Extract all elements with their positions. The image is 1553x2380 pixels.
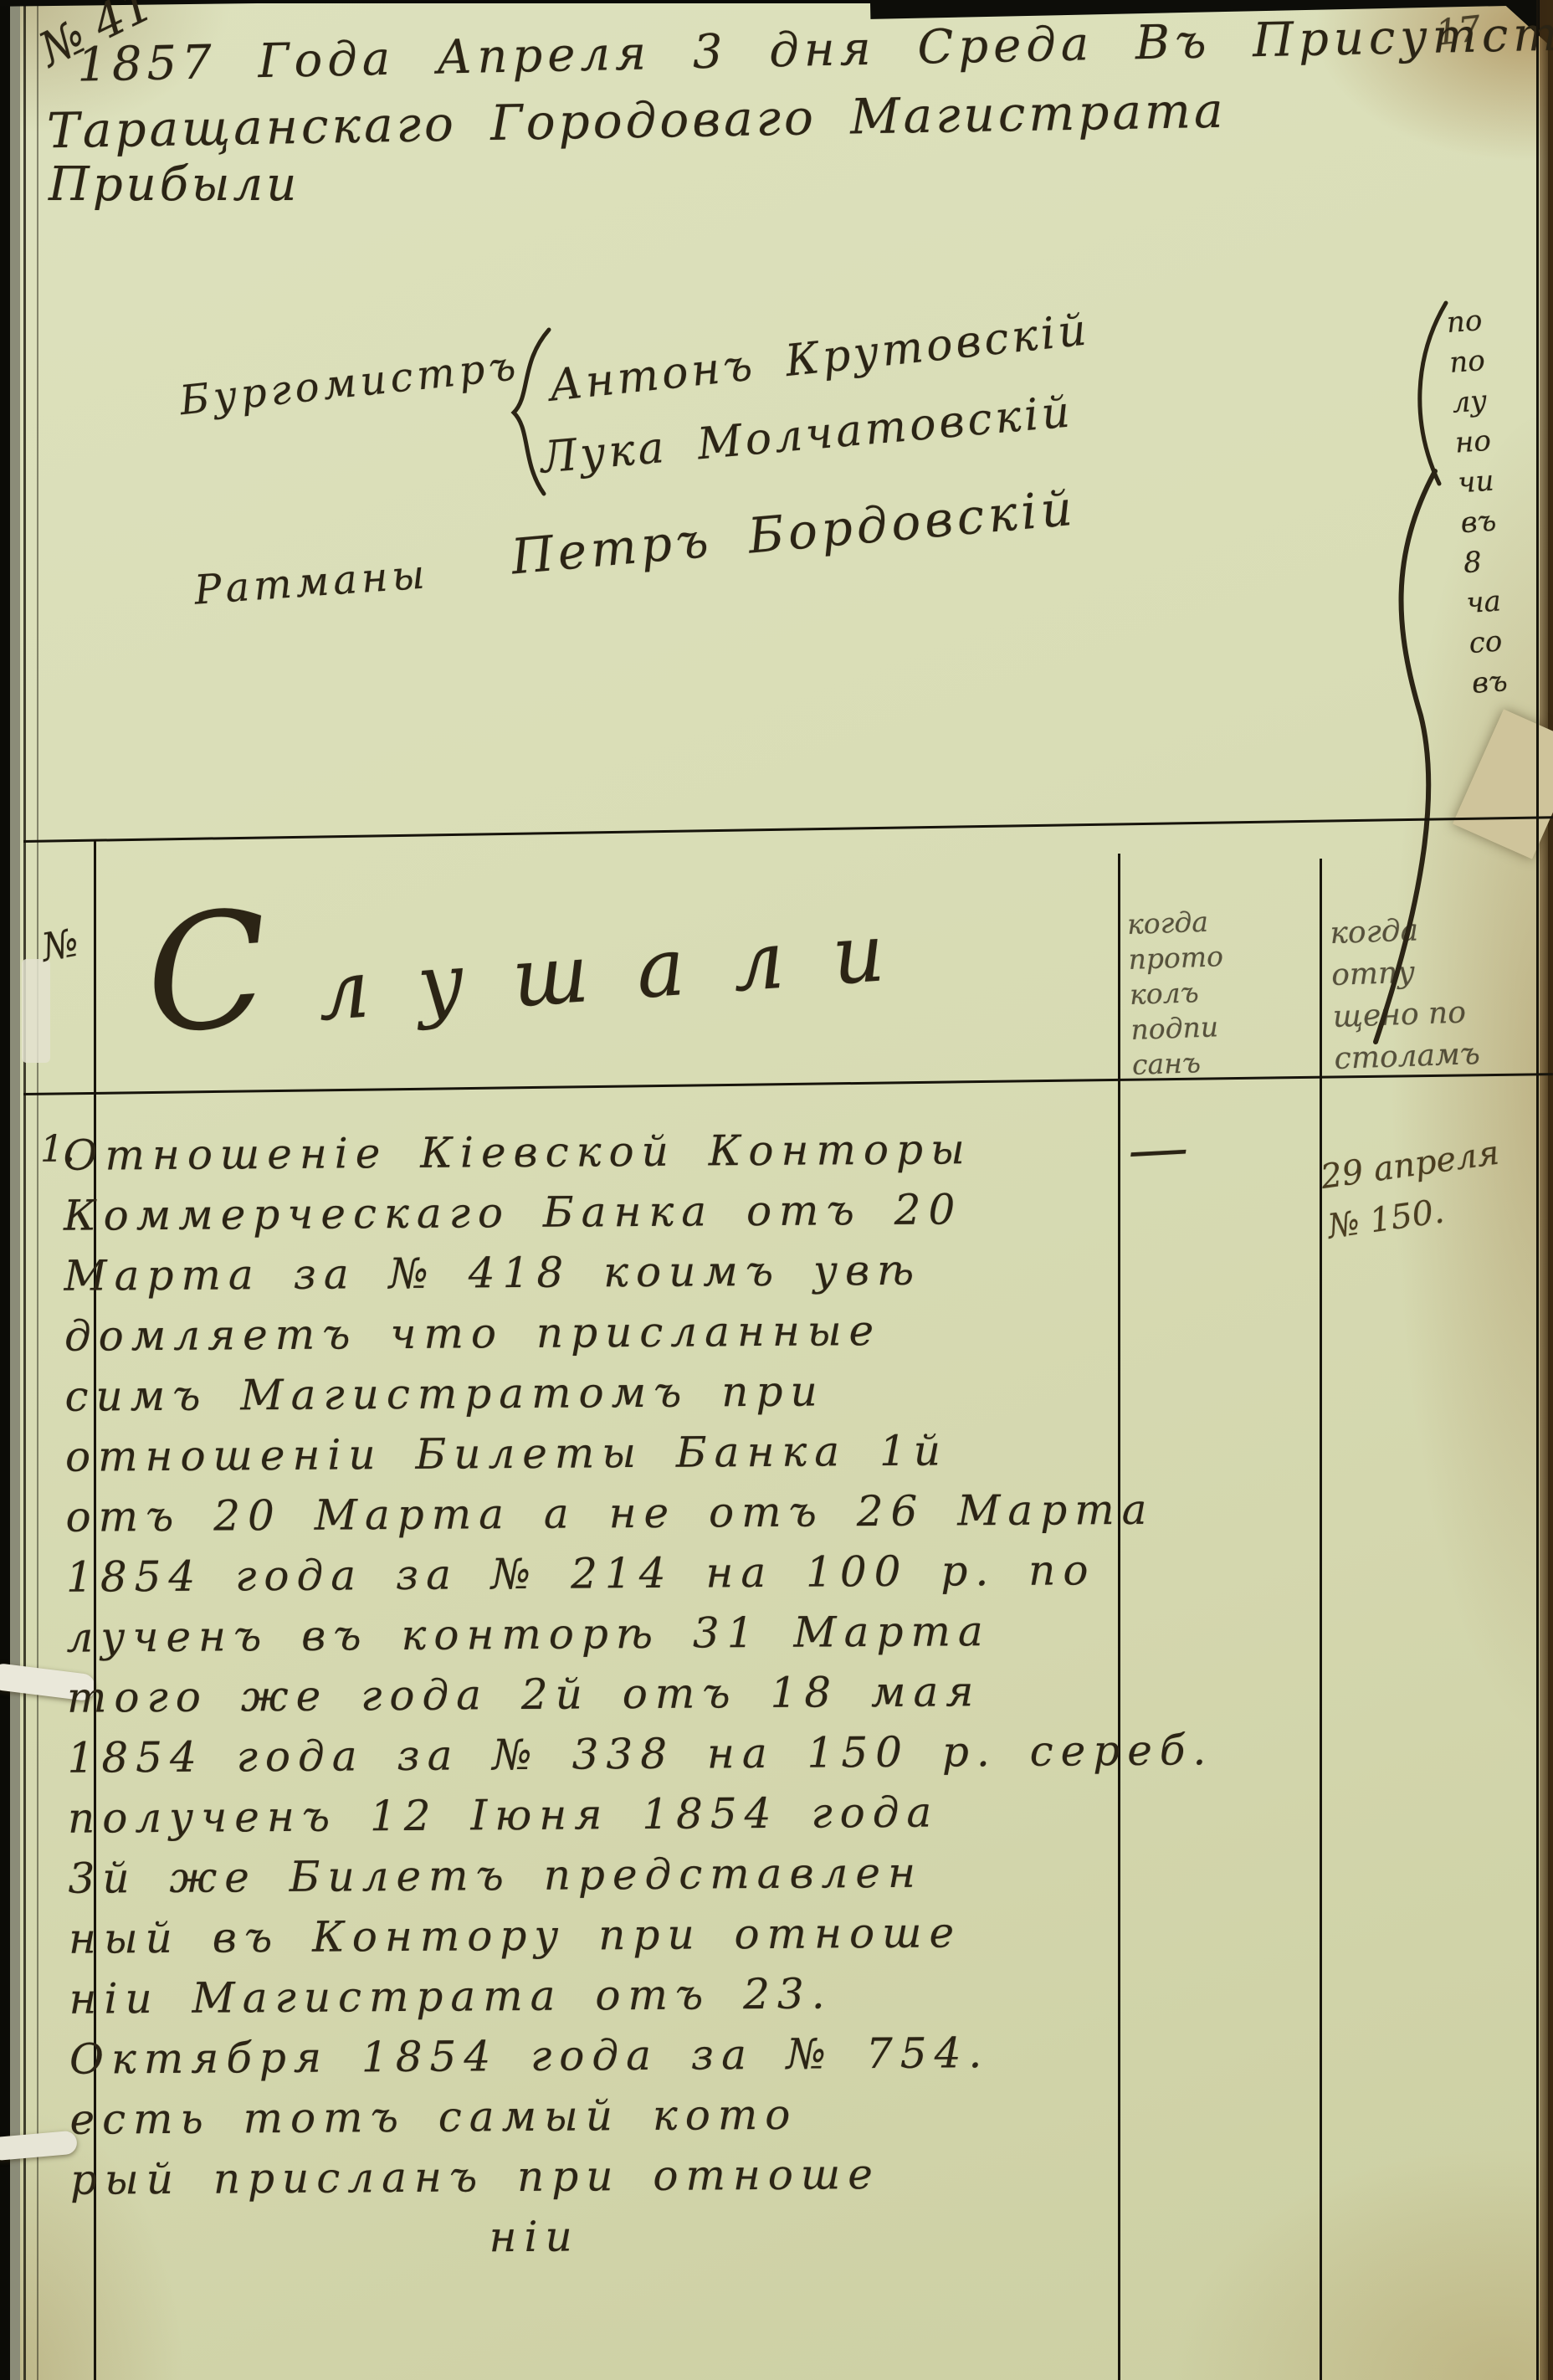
dispatched-column-header: когда отпу щено по столамъ xyxy=(1330,908,1481,1080)
case-line: есть тотъ самый кото xyxy=(69,2081,1216,2150)
case-line: отношеніи Билеты Банка 1й xyxy=(65,1418,1212,1487)
case-line: Октября 1854 года за № 754. xyxy=(69,2021,1216,2090)
header-line-pribyli: Прибыли xyxy=(49,157,300,212)
page-edge-highlight xyxy=(10,0,20,2380)
page-right-margin-line xyxy=(1536,0,1539,2380)
case-line: рый присланъ при отноше xyxy=(70,2141,1217,2210)
case-line: симъ Магистратомъ при xyxy=(64,1358,1211,1427)
case-line: 1854 года за № 214 на 100 р. по xyxy=(66,1539,1212,1608)
case-line: домляетъ что присланные xyxy=(64,1298,1211,1367)
case-line: Отношеніе Кіевской Конторы xyxy=(63,1117,1209,1186)
binding-edge-left xyxy=(0,0,10,2380)
case-line: 1854 года за № 338 на 150 р. сереб. xyxy=(67,1720,1213,1788)
case-line: полученъ 12 Іюня 1854 года xyxy=(68,1780,1214,1849)
case-line: Марта за № 418 коимъ увѣ xyxy=(64,1238,1210,1306)
page-edge-line-outer xyxy=(23,0,26,2380)
paper-tab xyxy=(22,959,50,1063)
column-divider-dispatched xyxy=(1320,859,1322,2380)
case-line: 3й же Билетъ представлен xyxy=(68,1840,1214,1909)
aged-right-edge-band xyxy=(1540,0,1553,2380)
case-line: лученъ въ конторѣ 31 Марта xyxy=(66,1599,1212,1668)
case-line: ный въ Контору при отноше xyxy=(69,1900,1215,1969)
photo-of-archival-page: № 41 17 1857 Года Апреля 3 дня Среда Въ … xyxy=(0,0,1553,2380)
case-line: отъ 20 Марта а не отъ 26 Марта xyxy=(65,1479,1212,1547)
num-column-header: № xyxy=(38,920,82,971)
case-line: ніи Магистрата отъ 23. xyxy=(69,1961,1215,2029)
page-edge-line-inner xyxy=(37,0,38,2380)
case-entry-text: Отношеніе Кіевской Конторы Коммерческаго… xyxy=(63,1117,1217,2270)
signed-column-header: когда прото колъ подпи санъ xyxy=(1126,904,1228,1083)
case-line: Коммерческаго Банка отъ 20 xyxy=(64,1177,1210,1246)
case-line: ніи xyxy=(489,2202,1217,2267)
signed-dash-mark: — xyxy=(1126,1111,1190,1185)
case-line: того же года 2й отъ 18 мая xyxy=(67,1659,1213,1728)
